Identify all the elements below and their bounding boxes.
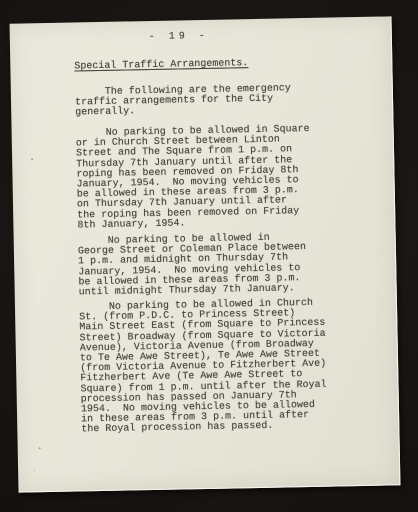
document-page: - 19 - Special Traffic Arrangements. The… bbox=[10, 16, 401, 492]
section-heading: Special Traffic Arrangements. bbox=[74, 59, 248, 73]
page-number: - 19 - bbox=[149, 32, 209, 43]
paragraph-procession-route: No parking to be allowed in Church St. (… bbox=[79, 299, 328, 436]
scan-background: - 19 - Special Traffic Arrangements. The… bbox=[0, 0, 418, 512]
paragraph-george-street-coleman-place: No parking to be allowed in George Stree… bbox=[78, 233, 307, 299]
paper-speck bbox=[34, 470, 35, 471]
paragraph-intro: The following are the emergency traffic … bbox=[75, 84, 292, 119]
paragraph-square-church-street: No parking to be allowed in Square or in… bbox=[76, 125, 312, 232]
paper-speck bbox=[31, 158, 33, 160]
paper-speck bbox=[39, 447, 41, 449]
